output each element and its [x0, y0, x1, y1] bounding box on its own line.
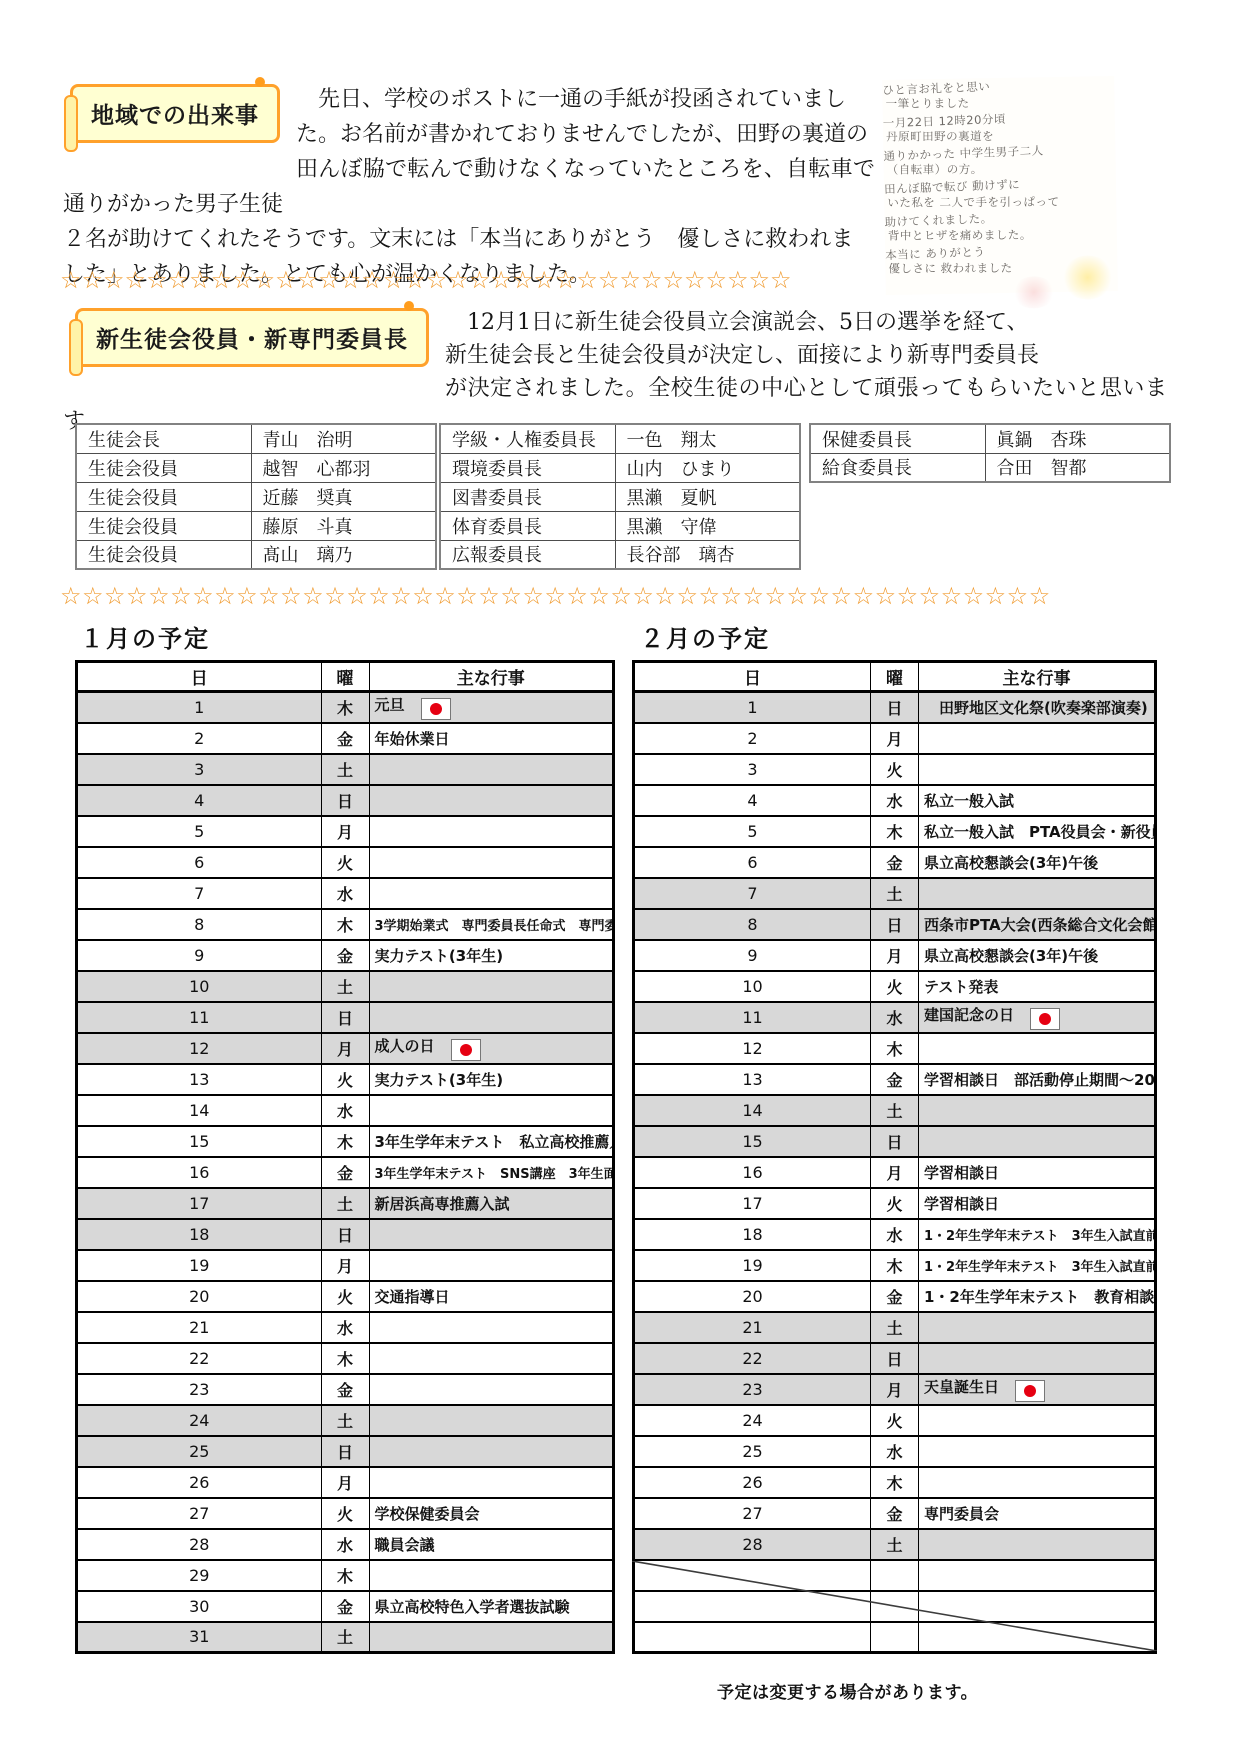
calendar-row: 26 月	[77, 1467, 614, 1498]
event-cell	[369, 971, 614, 1002]
event-cell: 専門委員会	[919, 1498, 1156, 1529]
day-number: 1	[77, 692, 322, 723]
day-number: 7	[77, 878, 322, 909]
officer-name: 近藤 奨真	[251, 482, 436, 511]
calendar-row: 8 木 3学期始業式 専門委員長任命式 専門委員会 職員会議 PTA役員	[77, 909, 614, 940]
calendar-row: 6 金 県立高校懇談会(3年)午後	[634, 847, 1156, 878]
weekday: 金	[321, 1157, 369, 1188]
officer-role: 環境委員長	[440, 453, 615, 482]
calendar-header-row: 日 曜 主な行事	[634, 662, 1156, 692]
day-number: 13	[77, 1064, 322, 1095]
day-number: 18	[77, 1219, 322, 1250]
officer-role: 体育委員長	[440, 511, 615, 540]
calendar-row: 20 火 交通指導日	[77, 1281, 614, 1312]
weekday: 土	[871, 1312, 919, 1343]
calendar-row: 3 火	[634, 754, 1156, 785]
calendar-row: 25 水	[634, 1436, 1156, 1467]
officer-name: 越智 心都羽	[251, 453, 436, 482]
weekday: 木	[321, 1560, 369, 1591]
officer-row: 学級・人権委員長 一色 翔太	[440, 424, 800, 453]
event-cell: 建国記念の日	[919, 1002, 1156, 1033]
event-cell	[369, 1219, 614, 1250]
event-cell	[369, 1436, 614, 1467]
event-cell: 県立高校懇談会(3年)午後	[919, 847, 1156, 878]
day-number: 11	[634, 1002, 871, 1033]
day-number: 29	[77, 1560, 322, 1591]
day-number: 16	[77, 1157, 322, 1188]
weekday: 月	[871, 1157, 919, 1188]
day-number: 26	[634, 1467, 871, 1498]
japan-flag-icon	[451, 1039, 481, 1061]
calendar-row: 21 土	[634, 1312, 1156, 1343]
event-cell	[369, 1374, 614, 1405]
day-number: 20	[77, 1281, 322, 1312]
officer-role: 給食委員長	[810, 453, 985, 482]
officer-row: 生徒会役員 近藤 奨真	[76, 482, 436, 511]
event-cell	[919, 723, 1156, 754]
february-table: 日 曜 主な行事 1 日 田野地区文化祭(吹奏楽部演奏) 2 月 3 火 4 水…	[632, 660, 1157, 1654]
event-cell	[919, 1405, 1156, 1436]
calendar-row: 24 火	[634, 1405, 1156, 1436]
day-number: 15	[77, 1126, 322, 1157]
weekday: 日	[321, 1219, 369, 1250]
event-cell	[919, 878, 1156, 909]
officer-row: 体育委員長 黒瀨 守偉	[440, 511, 800, 540]
calendar-row: 16 金 3年生学年末テスト SNS講座 3年生面接指導(学校運営協議会)	[77, 1157, 614, 1188]
day-number: 30	[77, 1591, 322, 1622]
february-heading: ２月の予定	[640, 619, 770, 654]
calendar-row: 28 土	[634, 1529, 1156, 1560]
day-number: 10	[634, 971, 871, 1002]
day-number: 14	[77, 1095, 322, 1126]
weekday: 日	[871, 909, 919, 940]
header-weekday: 曜	[321, 662, 369, 692]
health-lunch-chairs-table: 保健委員長 眞鍋 杏珠 給食委員長 合田 智都	[809, 423, 1171, 483]
calendar-row: 5 木 私立一般入試 PTA役員会・新役員引継会	[634, 816, 1156, 847]
officer-role: 図書委員長	[440, 482, 615, 511]
event-cell	[369, 1405, 614, 1436]
new-officers-banner-label: 新生徒会役員・新専門委員長	[96, 327, 408, 353]
january-heading: １月の予定	[80, 619, 210, 654]
event-cell	[919, 1343, 1156, 1374]
officer-role: 生徒会役員	[76, 511, 251, 540]
calendar-row: 10 土	[77, 971, 614, 1002]
event-cell: 3年生学年末テスト SNS講座 3年生面接指導(学校運営協議会)	[369, 1157, 614, 1188]
officer-row: 図書委員長 黒瀨 夏帆	[440, 482, 800, 511]
handwritten-letter-lines: ひと言お礼をと思い一筆とりました一月22日 12時20分頃丹原町田野の裏道を通り…	[882, 76, 1117, 278]
calendar-row: 1 木 元旦	[77, 692, 614, 723]
day-number: 21	[634, 1312, 871, 1343]
calendar-row: 14 土	[634, 1095, 1156, 1126]
calendar-row: 25 日	[77, 1436, 614, 1467]
day-number: 2	[634, 723, 871, 754]
day-number: 5	[634, 816, 871, 847]
event-cell: 県立高校懇談会(3年)午後	[919, 940, 1156, 971]
committee-chairs-table: 学級・人権委員長 一色 翔太 環境委員長 山内 ひまり 図書委員長 黒瀨 夏帆 …	[439, 423, 801, 570]
weekday: 水	[321, 1095, 369, 1126]
event-cell: 田野地区文化祭(吹奏楽部演奏)	[919, 692, 1156, 723]
calendar-row: 26 木	[634, 1467, 1156, 1498]
officer-name: 黒瀨 夏帆	[615, 482, 800, 511]
day-number: 26	[77, 1467, 322, 1498]
weekday: 日	[871, 1126, 919, 1157]
day-number: 8	[77, 909, 322, 940]
weekday: 月	[321, 816, 369, 847]
header-weekday: 曜	[871, 662, 919, 692]
officer-row: 生徒会役員 藤原 斗真	[76, 511, 436, 540]
calendar-row: 20 金 1・2年生学年末テスト 教育相談日	[634, 1281, 1156, 1312]
event-cell	[369, 1622, 614, 1653]
weekday: 金	[321, 723, 369, 754]
header-day: 日	[77, 662, 322, 692]
weekday: 月	[871, 940, 919, 971]
officer-name: 黒瀨 守偉	[615, 511, 800, 540]
day-number: 12	[77, 1033, 322, 1064]
day-number: 2	[77, 723, 322, 754]
calendar-row: 28 水 職員会議	[77, 1529, 614, 1560]
weekday: 火	[321, 1498, 369, 1529]
weekday: 火	[321, 1064, 369, 1095]
calendar-row: 22 日	[634, 1343, 1156, 1374]
event-cell: 県立高校特色入学者選抜試験	[369, 1591, 614, 1622]
weekday: 金	[321, 940, 369, 971]
officer-role: 生徒会役員	[76, 540, 251, 569]
day-number: 22	[77, 1343, 322, 1374]
officer-name: 合田 智都	[985, 453, 1170, 482]
january-table: 日 曜 主な行事 1 木 元旦 2 金 年始休業日 3 土 4 日 5 月 6 …	[75, 660, 615, 1654]
day-number: 22	[634, 1343, 871, 1374]
calendar-row: 12 木	[634, 1033, 1156, 1064]
event-cell	[369, 754, 614, 785]
student-council-table: 生徒会長 青山 治明 生徒会役員 越智 心都羽 生徒会役員 近藤 奨真 生徒会役…	[75, 423, 437, 570]
weekday: 金	[871, 1498, 919, 1529]
calendar-row: 16 月 学習相談日	[634, 1157, 1156, 1188]
officer-role: 学級・人権委員長	[440, 424, 615, 453]
day-number: 6	[77, 847, 322, 878]
weekday: 金	[871, 1064, 919, 1095]
weekday: 月	[321, 1033, 369, 1064]
weekday: 月	[321, 1467, 369, 1498]
schedule-disclaimer: 予定は変更する場合があります。	[717, 1678, 978, 1703]
diagonal-line	[632, 1561, 1157, 1651]
day-number: 7	[634, 878, 871, 909]
calendar-row: 19 木 1・2年生学年末テスト 3年生入試直前テスト 教育相談日	[634, 1250, 1156, 1281]
event-cell: 職員会議	[369, 1529, 614, 1560]
event-cell	[369, 1312, 614, 1343]
japan-flag-icon	[1030, 1008, 1060, 1030]
day-number: 19	[634, 1250, 871, 1281]
japan-flag-icon	[421, 698, 451, 720]
calendar-row: 27 金 専門委員会	[634, 1498, 1156, 1529]
weekday: 木	[871, 816, 919, 847]
calendar-row: 24 土	[77, 1405, 614, 1436]
event-cell: 学習相談日	[919, 1157, 1156, 1188]
officer-name: 髙山 璃乃	[251, 540, 436, 569]
star-divider-2: ☆☆☆☆☆☆☆☆☆☆☆☆☆☆☆☆☆☆☆☆☆☆☆☆☆☆☆☆☆☆☆☆☆☆☆☆☆☆☆☆…	[60, 582, 1051, 610]
weekday: 火	[871, 971, 919, 1002]
weekday: 木	[871, 1467, 919, 1498]
day-number: 24	[634, 1405, 871, 1436]
weekday: 木	[321, 1343, 369, 1374]
day-number: 4	[77, 785, 322, 816]
day-number: 5	[77, 816, 322, 847]
section-new-officers: 新生徒会役員・新専門委員長 12月1日に新生徒会役員立会演説会、5日の選挙を経て…	[63, 306, 1167, 438]
weekday: 土	[871, 1529, 919, 1560]
weekday: 土	[321, 754, 369, 785]
header-events: 主な行事	[369, 662, 614, 692]
day-number: 28	[77, 1529, 322, 1560]
calendar-row: 11 日	[77, 1002, 614, 1033]
event-cell	[369, 1343, 614, 1374]
officer-row: 生徒会長 青山 治明	[76, 424, 436, 453]
calendar-row: 14 水	[77, 1095, 614, 1126]
header-day: 日	[634, 662, 871, 692]
officer-row: 広報委員長 長谷部 璃杏	[440, 540, 800, 569]
calendar-row: 9 金 実力テスト(3年生)	[77, 940, 614, 971]
calendar-row: 12 月 成人の日	[77, 1033, 614, 1064]
day-number: 18	[634, 1219, 871, 1250]
event-cell: 新居浜高専推薦入試	[369, 1188, 614, 1219]
calendar-row: 27 火 学校保健委員会	[77, 1498, 614, 1529]
officer-row: 保健委員長 眞鍋 杏珠	[810, 424, 1170, 453]
event-cell: 実力テスト(3年生)	[369, 940, 614, 971]
calendar-row: 5 月	[77, 816, 614, 847]
event-cell	[919, 1529, 1156, 1560]
day-number: 12	[634, 1033, 871, 1064]
event-cell: 1・2年生学年末テスト 3年生入試直前テスト 教育相談日	[919, 1250, 1156, 1281]
calendar-row: 17 土 新居浜高専推薦入試	[77, 1188, 614, 1219]
day-number: 13	[634, 1064, 871, 1095]
local-events-banner-label: 地域での出来事	[91, 103, 259, 129]
weekday: 土	[321, 1622, 369, 1653]
weekday: 火	[321, 1281, 369, 1312]
event-cell: 西条市PTA大会(西条総合文化会館)	[919, 909, 1156, 940]
event-cell: 学習相談日	[919, 1188, 1156, 1219]
officer-row: 給食委員長 合田 智都	[810, 453, 1170, 482]
weekday: 金	[871, 1281, 919, 1312]
day-number: 17	[77, 1188, 322, 1219]
weekday: 日	[871, 692, 919, 723]
january-calendar: 日 曜 主な行事 1 木 元旦 2 金 年始休業日 3 土 4 日 5 月 6 …	[75, 660, 615, 1654]
calendar-row: 15 木 3年生学年末テスト 私立高校推薦入試	[77, 1126, 614, 1157]
new-officers-banner: 新生徒会役員・新専門委員長	[75, 308, 429, 367]
event-cell: 実力テスト(3年生)	[369, 1064, 614, 1095]
calendar-row: 23 金	[77, 1374, 614, 1405]
calendar-row: 31 土	[77, 1622, 614, 1653]
weekday: 土	[321, 1405, 369, 1436]
event-cell	[369, 816, 614, 847]
day-number: 8	[634, 909, 871, 940]
calendar-row: 30 金 県立高校特色入学者選抜試験	[77, 1591, 614, 1622]
day-number: 9	[634, 940, 871, 971]
calendar-row: 22 木	[77, 1343, 614, 1374]
event-cell: 3年生学年末テスト 私立高校推薦入試	[369, 1126, 614, 1157]
calendar-row: 1 日 田野地区文化祭(吹奏楽部演奏)	[634, 692, 1156, 723]
weekday: 日	[321, 1436, 369, 1467]
weekday: 土	[871, 1095, 919, 1126]
weekday: 木	[871, 1250, 919, 1281]
calendar-row: 15 日	[634, 1126, 1156, 1157]
weekday: 木	[871, 1033, 919, 1064]
header-events: 主な行事	[919, 662, 1156, 692]
officer-role: 保健委員長	[810, 424, 985, 453]
event-cell	[369, 1560, 614, 1591]
officer-row: 生徒会役員 越智 心都羽	[76, 453, 436, 482]
calendar-row: 11 水 建国記念の日	[634, 1002, 1156, 1033]
day-number: 23	[634, 1374, 871, 1405]
day-number: 28	[634, 1529, 871, 1560]
day-number: 3	[634, 754, 871, 785]
weekday: 金	[321, 1591, 369, 1622]
calendar-row: 10 火 テスト発表	[634, 971, 1156, 1002]
day-number: 3	[77, 754, 322, 785]
japan-flag-icon	[1015, 1380, 1045, 1402]
day-number: 19	[77, 1250, 322, 1281]
event-cell: 年始休業日	[369, 723, 614, 754]
section-local-events: 地域での出来事 先日、学校のポストに一通の手紙が投函されていまし た。お名前が書…	[63, 82, 875, 292]
handwritten-letter: ひと言お礼をと思い一筆とりました一月22日 12時20分頃丹原町田野の裏道を通り…	[882, 76, 1118, 295]
calendar-row: 6 火	[77, 847, 614, 878]
officer-name: 藤原 斗真	[251, 511, 436, 540]
day-number: 9	[77, 940, 322, 971]
calendar-header-row: 日 曜 主な行事	[77, 662, 614, 692]
weekday: 金	[321, 1374, 369, 1405]
day-number: 10	[77, 971, 322, 1002]
weekday: 水	[321, 1312, 369, 1343]
event-cell: 私立一般入試 PTA役員会・新役員引継会	[919, 816, 1156, 847]
february-calendar: 日 曜 主な行事 1 日 田野地区文化祭(吹奏楽部演奏) 2 月 3 火 4 水…	[632, 660, 1157, 1654]
officer-row: 生徒会役員 髙山 璃乃	[76, 540, 436, 569]
officer-role: 生徒会役員	[76, 453, 251, 482]
officers-tables: 生徒会長 青山 治明 生徒会役員 越智 心都羽 生徒会役員 近藤 奨真 生徒会役…	[75, 423, 1171, 570]
weekday: 土	[321, 1188, 369, 1219]
weekday: 火	[321, 847, 369, 878]
officer-role: 広報委員長	[440, 540, 615, 569]
calendar-row: 4 日	[77, 785, 614, 816]
weekday: 土	[321, 971, 369, 1002]
calendar-row: 13 金 学習相談日 部活動停止期間～20日	[634, 1064, 1156, 1095]
day-number: 11	[77, 1002, 322, 1033]
weekday: 水	[321, 1529, 369, 1560]
event-cell	[919, 1095, 1156, 1126]
weekday: 木	[321, 1126, 369, 1157]
calendar-row: 7 水	[77, 878, 614, 909]
weekday: 金	[871, 847, 919, 878]
weekday: 月	[871, 723, 919, 754]
paper-stain-pink	[1012, 276, 1057, 309]
calendar-row: 13 火 実力テスト(3年生)	[77, 1064, 614, 1095]
officer-name: 一色 翔太	[615, 424, 800, 453]
calendar-row: 2 月	[634, 723, 1156, 754]
day-number: 23	[77, 1374, 322, 1405]
day-number: 17	[634, 1188, 871, 1219]
calendar-row: 8 日 西条市PTA大会(西条総合文化会館)	[634, 909, 1156, 940]
day-number: 25	[634, 1436, 871, 1467]
officer-role: 生徒会長	[76, 424, 251, 453]
event-cell	[919, 754, 1156, 785]
day-number: 20	[634, 1281, 871, 1312]
day-number: 21	[77, 1312, 322, 1343]
day-number: 4	[634, 785, 871, 816]
weekday: 日	[871, 1343, 919, 1374]
event-cell	[919, 1033, 1156, 1064]
event-cell	[369, 1467, 614, 1498]
event-cell	[369, 847, 614, 878]
officer-name: 眞鍋 杏珠	[985, 424, 1170, 453]
event-cell: 交通指導日	[369, 1281, 614, 1312]
event-cell: 学校保健委員会	[369, 1498, 614, 1529]
calendar-row: 19 月	[77, 1250, 614, 1281]
day-number: 15	[634, 1126, 871, 1157]
event-cell: 1・2年生学年末テスト 教育相談日	[919, 1281, 1156, 1312]
weekday: 水	[321, 878, 369, 909]
calendar-row: 29 木	[77, 1560, 614, 1591]
day-number: 24	[77, 1405, 322, 1436]
weekday: 月	[321, 1250, 369, 1281]
calendar-row: 21 水	[77, 1312, 614, 1343]
officer-role: 生徒会役員	[76, 482, 251, 511]
event-cell: 学習相談日 部活動停止期間～20日	[919, 1064, 1156, 1095]
day-number: 6	[634, 847, 871, 878]
weekday: 水	[871, 1436, 919, 1467]
day-number: 27	[77, 1498, 322, 1529]
day-number: 16	[634, 1157, 871, 1188]
day-number: 27	[634, 1498, 871, 1529]
weekday: 火	[871, 1188, 919, 1219]
event-cell: 3学期始業式 専門委員長任命式 専門委員会 職員会議 PTA役員	[369, 909, 614, 940]
weekday: 水	[871, 1002, 919, 1033]
weekday: 水	[871, 785, 919, 816]
officer-name: 山内 ひまり	[615, 453, 800, 482]
event-cell: 1・2年生学年末テスト 3年生入試直前テスト 教育相談日 職員会議	[919, 1219, 1156, 1250]
event-cell	[369, 1002, 614, 1033]
weekday: 火	[871, 754, 919, 785]
weekday: 木	[321, 692, 369, 723]
calendar-row: 18 水 1・2年生学年末テスト 3年生入試直前テスト 教育相談日 職員会議	[634, 1219, 1156, 1250]
calendar-row: 3 土	[77, 754, 614, 785]
calendar-row: 17 火 学習相談日	[634, 1188, 1156, 1219]
event-cell	[369, 1250, 614, 1281]
day-number: 31	[77, 1622, 322, 1653]
event-cell	[919, 1312, 1156, 1343]
day-number: 1	[634, 692, 871, 723]
day-number: 25	[77, 1436, 322, 1467]
weekday: 月	[871, 1374, 919, 1405]
calendar-row: 23 月 天皇誕生日	[634, 1374, 1156, 1405]
handwriting-line: 優しさに 救われました	[888, 259, 1117, 277]
weekday: 日	[321, 785, 369, 816]
event-cell: テスト発表	[919, 971, 1156, 1002]
event-cell	[919, 1467, 1156, 1498]
event-cell: 天皇誕生日	[919, 1374, 1156, 1405]
local-events-banner: 地域での出来事	[70, 84, 280, 143]
calendar-row: 2 金 年始休業日	[77, 723, 614, 754]
calendar-row: 4 水 私立一般入試	[634, 785, 1156, 816]
event-cell	[369, 785, 614, 816]
officer-row: 環境委員長 山内 ひまり	[440, 453, 800, 482]
event-cell: 私立一般入試	[919, 785, 1156, 816]
star-divider-1: ☆☆☆☆☆☆☆☆☆☆☆☆☆☆☆☆☆☆☆☆☆☆☆☆☆☆☆☆☆☆☆☆☆☆	[60, 266, 792, 294]
weekday: 日	[321, 1002, 369, 1033]
calendar-row: 7 土	[634, 878, 1156, 909]
event-cell	[369, 878, 614, 909]
event-cell: 元旦	[369, 692, 614, 723]
event-cell	[919, 1126, 1156, 1157]
weekday: 土	[871, 878, 919, 909]
calendar-row: 9 月 県立高校懇談会(3年)午後	[634, 940, 1156, 971]
event-cell	[369, 1095, 614, 1126]
newsletter-page: 地域での出来事 先日、学校のポストに一通の手紙が投函されていまし た。お名前が書…	[0, 0, 1241, 1755]
